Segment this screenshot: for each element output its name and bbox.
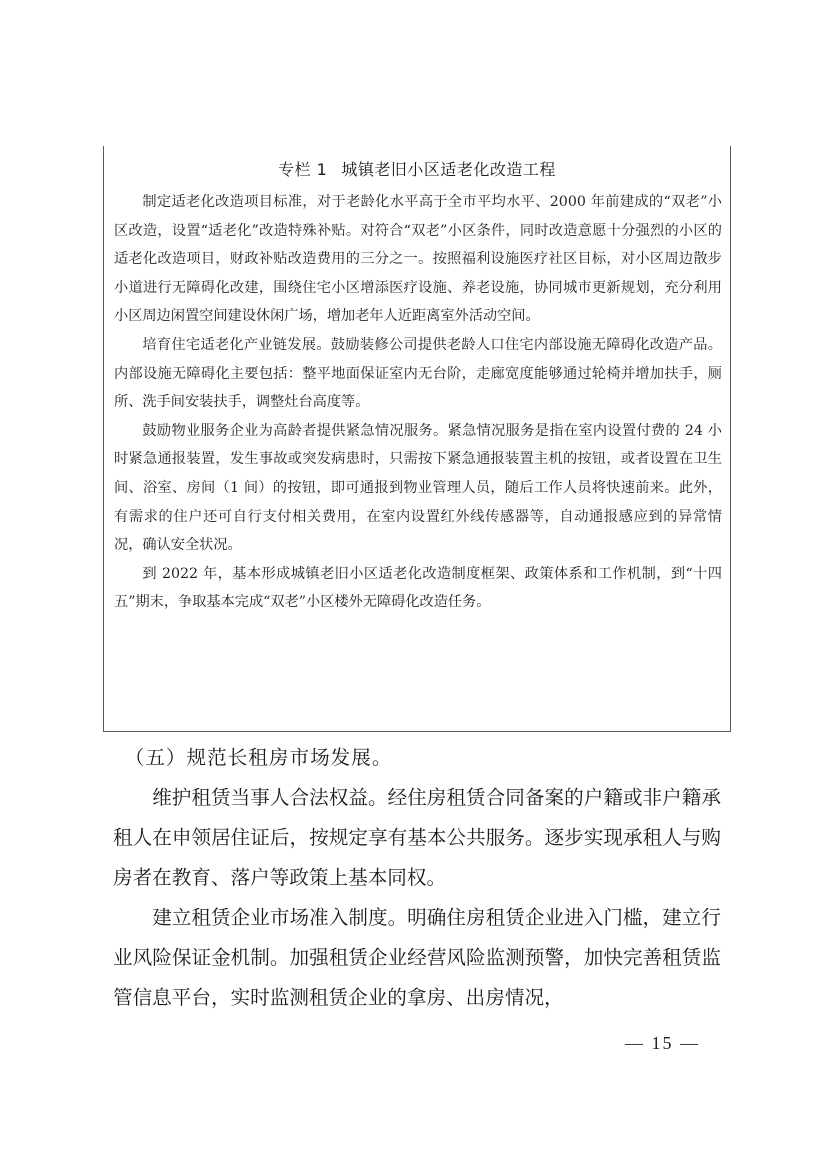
main-body-text: （五）规范长租房市场发展。 维护租赁当事人合法权益。经住房租赁合同备案的户籍或非… (113, 738, 721, 1018)
column-box-label: 专栏 1 (278, 160, 327, 179)
page-number: — 15 — (625, 1033, 700, 1054)
column-box-heading: 城镇老旧小区适老化改造工程 (341, 160, 556, 179)
column-box-body: 制定适老化改造项目标准，对于老龄化水平高于全市平均水平、2000 年前建成的“双… (114, 188, 722, 617)
column-box-title: 专栏 1城镇老旧小区适老化改造工程 (104, 157, 730, 180)
body-paragraph: 建立租赁企业市场准入制度。明确住房租赁企业进入门槛，建立行业风险保证金机制。加强… (113, 898, 721, 1018)
column-box-paragraph: 到 2022 年，基本形成城镇老旧小区适老化改造制度框架、政策体系和工作机制，到… (114, 560, 722, 617)
section-heading: （五）规范长租房市场发展。 (113, 738, 721, 778)
column-box-paragraph: 制定适老化改造项目标准，对于老龄化水平高于全市平均水平、2000 年前建成的“双… (114, 188, 722, 331)
document-page: 专栏 1城镇老旧小区适老化改造工程 制定适老化改造项目标准，对于老龄化水平高于全… (0, 0, 826, 1169)
column-box-paragraph: 鼓励物业服务企业为高龄者提供紧急情况服务。紧急情况服务是指在室内设置付费的 24… (114, 417, 722, 560)
body-paragraph: 维护租赁当事人合法权益。经住房租赁合同备案的户籍或非户籍承租人在申领居住证后，按… (113, 778, 721, 898)
column-box-paragraph: 培育住宅适老化产业链发展。鼓励装修公司提供老龄人口住宅内部设施无障碍化改造产品。… (114, 331, 722, 417)
feature-column-box: 专栏 1城镇老旧小区适老化改造工程 制定适老化改造项目标准，对于老龄化水平高于全… (103, 146, 731, 732)
